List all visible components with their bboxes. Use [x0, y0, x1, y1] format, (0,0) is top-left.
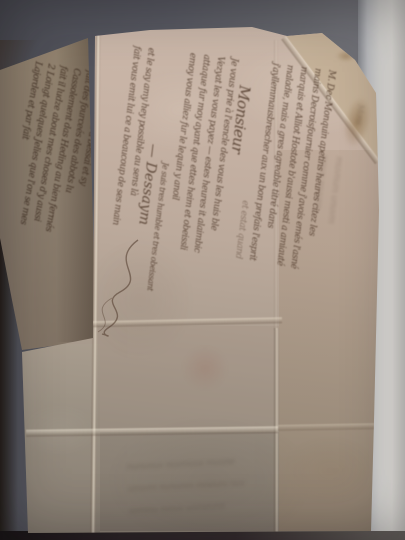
foxing-spot: [0, 0, 4, 4]
photo-of-folded-letter: fervant portes à bessai et sy fait des f…: [0, 0, 405, 540]
fold-panel-bottom-left: [22, 344, 100, 533]
foxing-spot: [0, 0, 4, 4]
foxing-spot: [0, 0, 4, 4]
bleed-through-writing: nununuv nuvmuus muune unuvm nununm mneum…: [126, 447, 304, 522]
stain: [336, 50, 356, 62]
foxing-spot: [0, 0, 4, 4]
foxing-spot: [0, 0, 4, 4]
foxing-spot: [0, 0, 4, 4]
seal-smudge: [182, 346, 228, 390]
